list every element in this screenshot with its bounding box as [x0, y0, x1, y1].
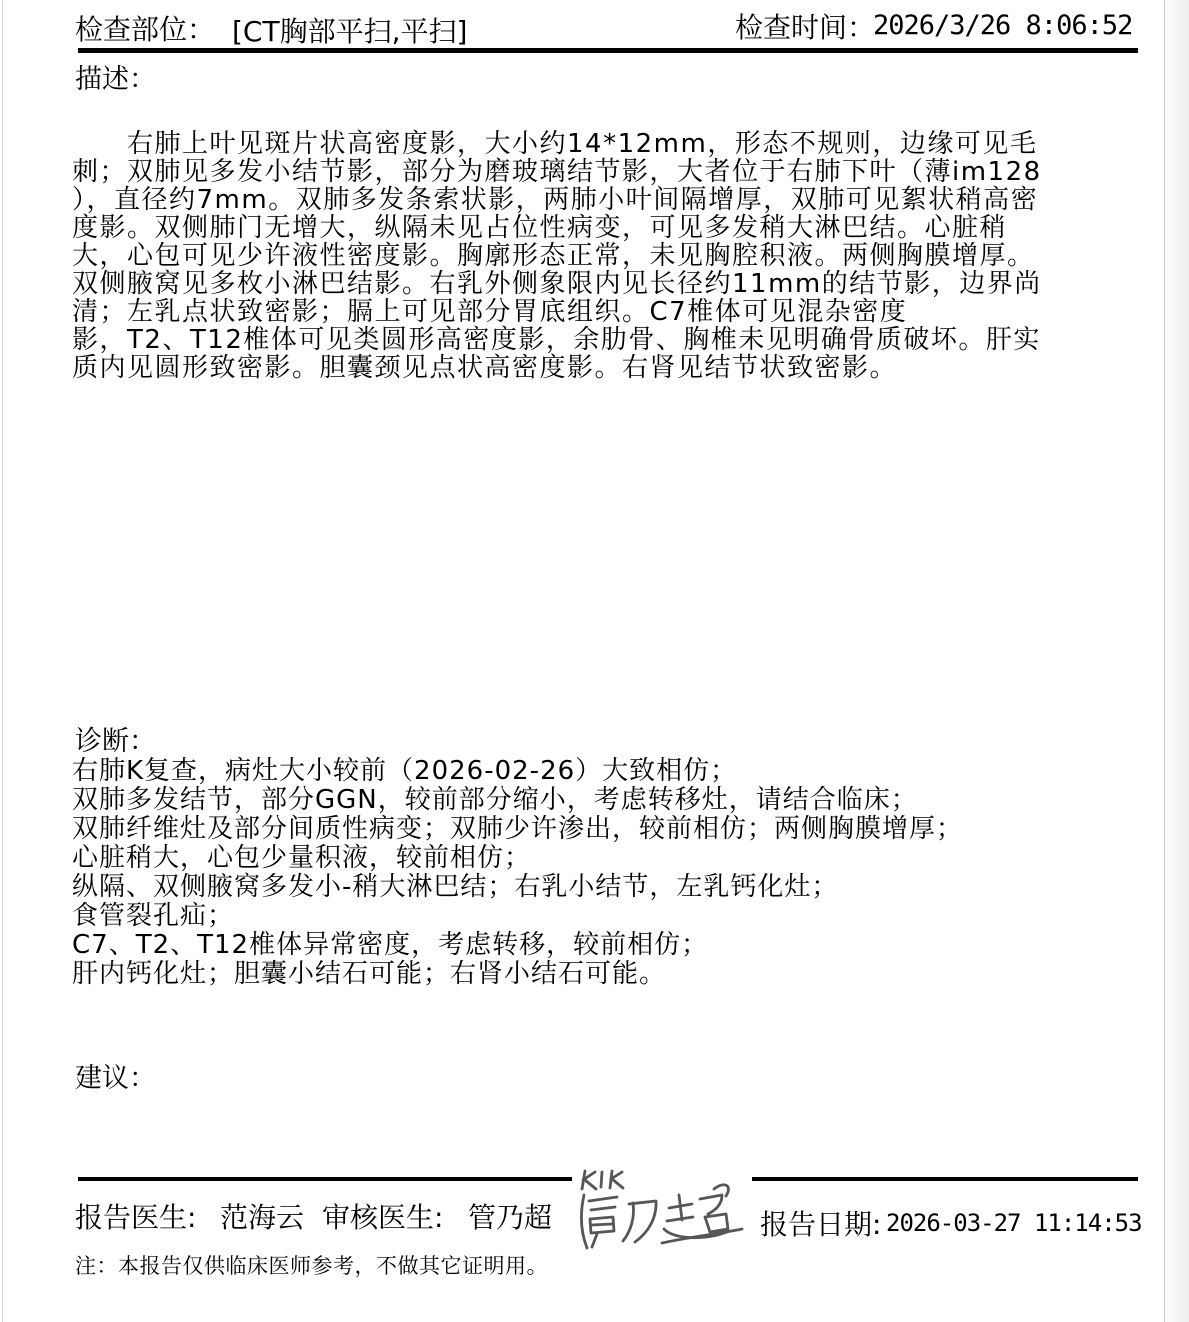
report-doctor-label: 报告医生:: [75, 1196, 196, 1236]
page-left-edge: [2, 0, 3, 1322]
diagnosis-text: 右肺K复查，病灶大小较前（2026-02-26）大致相仿；双肺多发结节，部分GG…: [72, 757, 1147, 989]
report-doctor-name: 范海云: [220, 1196, 304, 1236]
diagnosis-line: 双肺多发结节，部分GGN，较前部分缩小，考虑转移灶，请结合临床；: [72, 786, 1147, 815]
description-line: 右肺上叶见斑片状高密度影，大小约14*12mm，形态不规则，边缘可见毛: [72, 130, 1147, 158]
description-line: 影，T2、T12椎体可见类圆形高密度影，余肋骨、胸椎未见明确骨质破坏。肝实: [72, 326, 1147, 354]
signature-handwriting-icon: [572, 1168, 752, 1254]
description-line: 大，心包可见少许液性密度影。胸廓形态正常，未见胸腔积液。两侧胸膜增厚。: [72, 242, 1147, 270]
diagnosis-line: 心脏稍大，心包少量积液，较前相仿；: [72, 844, 1147, 873]
report-page: 检查部位： [CT胸部平扫,平扫] 检查时间： 2026/3/26 8:06:5…: [0, 0, 1189, 1322]
review-doctor-name: 管乃超: [468, 1196, 552, 1236]
page-right-edge: [1164, 0, 1165, 1322]
description-label: 描述：: [75, 57, 156, 96]
exam-site-value: [CT胸部平扫,平扫]: [232, 10, 467, 50]
report-date-label: 报告日期:: [760, 1203, 881, 1243]
header-divider: [78, 48, 1138, 53]
diagnosis-line: 双肺纤维灶及部分间质性病变；双肺少许渗出，较前相仿；两侧胸膜增厚；: [72, 815, 1147, 844]
description-line: 双侧腋窝见多枚小淋巴结影。右乳外侧象限内见长径约11mm的结节影，边界尚: [72, 270, 1147, 298]
description-line: ），直径约7mm。双肺多发条索状影，两肺小叶间隔增厚，双肺可见絮状稍高密: [72, 186, 1147, 214]
report-date-value: 2026-03-27 11:14:53: [886, 1209, 1142, 1237]
description-text: 右肺上叶见斑片状高密度影，大小约14*12mm，形态不规则，边缘可见毛刺；双肺见…: [72, 130, 1147, 382]
diagnosis-line: 右肺K复查，病灶大小较前（2026-02-26）大致相仿；: [72, 757, 1147, 786]
description-line: 刺；双肺见多发小结节影，部分为磨玻璃结节影，大者位于右肺下叶（薄im128: [72, 158, 1147, 186]
doctor-signature: [572, 1168, 752, 1254]
suggestion-label: 建议：: [75, 1056, 156, 1095]
exam-time-value: 2026/3/26 8:06:52: [873, 10, 1132, 41]
exam-site-label: 检查部位：: [75, 8, 215, 48]
diagnosis-line: C7、T2、T12椎体异常密度，考虑转移，较前相仿；: [72, 931, 1147, 960]
diagnosis-line: 食管裂孔疝；: [72, 902, 1147, 931]
disclaimer-note: 注：本报告仅供临床医师参考，不做其它证明用。: [75, 1250, 548, 1280]
description-line: 度影。双侧肺门无增大，纵隔未见占位性病变，可见多发稍大淋巴结。心脏稍: [72, 214, 1147, 242]
description-line: 质内见圆形致密影。胆囊颈见点状高密度影。右肾见结节状致密影。: [72, 354, 1147, 382]
diagnosis-line: 纵隔、双侧腋窝多发小-稍大淋巴结；右乳小结节，左乳钙化灶；: [72, 873, 1147, 902]
review-doctor-label: 审核医生:: [322, 1196, 443, 1236]
description-line: 清；左乳点状致密影；膈上可见部分胃底组织。C7椎体可见混杂密度: [72, 298, 1147, 326]
diagnosis-label: 诊断：: [75, 719, 156, 758]
exam-time-label: 检查时间：: [735, 6, 875, 46]
diagnosis-line: 肝内钙化灶；胆囊小结石可能；右肾小结石可能。: [72, 960, 1147, 989]
page-right-shadow: [1165, 0, 1189, 1322]
